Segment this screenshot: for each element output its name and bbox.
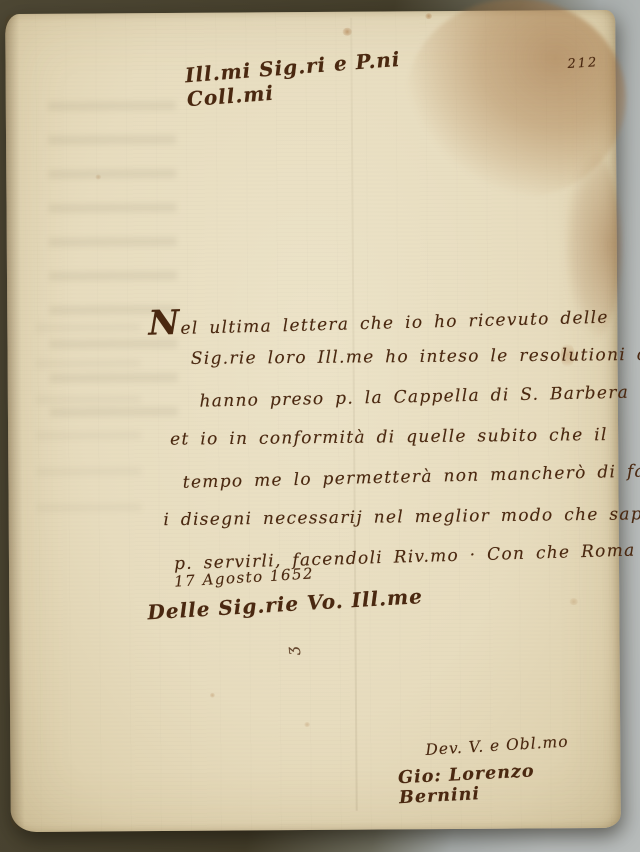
foxing-spot (304, 722, 310, 727)
manuscript-page: Ill.mi Sig.ri e P.ni Coll.mi 212 Nel ult… (5, 10, 621, 832)
signature-gio-lorenzo-bernini: Gio: Lorenzo Bernini (398, 757, 622, 808)
foxing-spot (425, 13, 432, 19)
ink-mark: ʒ (282, 646, 301, 656)
valediction: Dev. V. e Obl.mo (425, 732, 569, 758)
foxing-spot (210, 693, 215, 698)
foxing-spot (569, 598, 578, 605)
photo-background: Ill.mi Sig.ri e P.ni Coll.mi 212 Nel ult… (0, 0, 640, 852)
body-line-text: el ultima lettera che io ho ricevuto del… (180, 308, 609, 339)
body-line: Sig.rie loro Ill.me ho inteso le resolut… (191, 335, 640, 379)
page-number: 212 (567, 55, 599, 72)
body-line: hanno preso p. la Cappella di S. Barbera (199, 372, 640, 422)
ink-showthrough (35, 323, 141, 539)
closing-formula: Delle Sig.rie Vo. Ill.me (147, 584, 424, 624)
binding-shadow (5, 14, 25, 832)
drop-cap-initial: N (148, 303, 180, 344)
letter-body: Nel ultima lettera che io ho ricevuto de… (146, 294, 628, 581)
foxing-spot (95, 174, 101, 179)
